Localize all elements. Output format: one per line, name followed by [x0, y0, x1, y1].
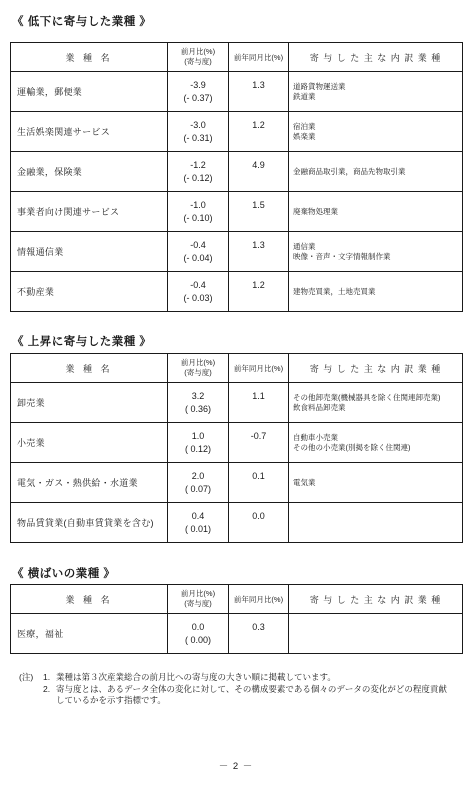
- table-row: 不動産業 -0.4 (- 0.03) 1.2 建物売買業，土地売買業: [11, 272, 463, 312]
- contribution-value: ( 0.07): [168, 483, 228, 496]
- table-row: 生活娯楽関連サービス -3.0 (- 0.31) 1.2 宿泊業 娯楽業: [11, 112, 463, 152]
- mom-cell: 3.2 ( 0.36): [168, 383, 229, 423]
- note-label: (注): [19, 672, 43, 684]
- contribution-value: (- 0.12): [168, 172, 228, 185]
- breakdown-cell: [289, 503, 463, 543]
- contribution-value: (- 0.04): [168, 252, 228, 265]
- breakdown-column-header: 寄 与 し た 主 な 内 訳 業 種: [289, 585, 463, 614]
- mom-header-line2: (寄与度): [168, 57, 228, 67]
- yoy-value: 1.5: [229, 192, 289, 232]
- breakdown-line: 自動車小売業: [293, 433, 462, 443]
- yoy-value: -0.7: [229, 423, 289, 463]
- flat-industries-table: 業 種 名 前月比(%) (寄与度) 前年同月比(%) 寄 与 し た 主 な …: [10, 584, 463, 654]
- industry-name-cell: 運輸業，郵便業: [11, 72, 168, 112]
- industry-name-cell: 医療，福祉: [11, 614, 168, 654]
- yoy-value: 1.3: [229, 72, 289, 112]
- mom-cell: -1.0 (- 0.10): [168, 192, 229, 232]
- contribution-value: ( 0.01): [168, 523, 228, 536]
- rise-industries-table: 業 種 名 前月比(%) (寄与度) 前年同月比(%) 寄 与 し た 主 な …: [10, 353, 463, 543]
- breakdown-cell: [289, 614, 463, 654]
- document-page: 《 低下に寄与した業種 》 業 種 名 前月比(%) (寄与度) 前年同月比(%…: [0, 0, 472, 787]
- industry-column-header: 業 種 名: [11, 585, 168, 614]
- table-header-row: 業 種 名 前月比(%) (寄与度) 前年同月比(%) 寄 与 し た 主 な …: [11, 354, 463, 383]
- yoy-value: 0.3: [229, 614, 289, 654]
- breakdown-line: 建物売買業，土地売買業: [293, 287, 462, 297]
- mom-value: 1.0: [168, 430, 228, 443]
- note-number: 2.: [43, 684, 56, 696]
- section-title-flat: 《 横ばいの業種 》: [12, 565, 115, 581]
- mom-header-line1: 前月比(%): [168, 358, 228, 368]
- mom-column-header: 前月比(%) (寄与度): [168, 43, 229, 72]
- table-header-row: 業 種 名 前月比(%) (寄与度) 前年同月比(%) 寄 与 し た 主 な …: [11, 585, 463, 614]
- contribution-value: (- 0.37): [168, 92, 228, 105]
- yoy-value: 1.2: [229, 112, 289, 152]
- mom-value: -1.0: [168, 199, 228, 212]
- breakdown-line: その他の小売業(別掲を除く住関連): [293, 443, 462, 453]
- table-row: 情報通信業 -0.4 (- 0.04) 1.3 通信業 映像・音声・文字情報制作…: [11, 232, 463, 272]
- breakdown-line: 娯楽業: [293, 132, 462, 142]
- mom-header-line2: (寄与度): [168, 368, 228, 378]
- note-text: しているかを示す指標です。: [56, 695, 459, 707]
- mom-cell: 0.4 ( 0.01): [168, 503, 229, 543]
- mom-cell: -3.9 (- 0.37): [168, 72, 229, 112]
- mom-value: -0.4: [168, 279, 228, 292]
- note-text: 寄与度とは、あるデータ全体の変化に対して、その構成要素である個々のデータの変化が…: [56, 684, 459, 696]
- table-row: 卸売業 3.2 ( 0.36) 1.1 その他卸売業(機械器具を除く住関連卸売業…: [11, 383, 463, 423]
- mom-value: 0.0: [168, 621, 228, 634]
- industry-name-cell: 卸売業: [11, 383, 168, 423]
- mom-cell: -1.2 (- 0.12): [168, 152, 229, 192]
- industry-name-cell: 事業者向け関連サービス: [11, 192, 168, 232]
- contribution-value: ( 0.36): [168, 403, 228, 416]
- breakdown-cell: 建物売買業，土地売買業: [289, 272, 463, 312]
- yoy-value: 4.9: [229, 152, 289, 192]
- section-title-decline: 《 低下に寄与した業種 》: [12, 13, 151, 29]
- breakdown-cell: 自動車小売業 その他の小売業(別掲を除く住関連): [289, 423, 463, 463]
- contribution-value: ( 0.00): [168, 634, 228, 647]
- section-title-rise: 《 上昇に寄与した業種 》: [12, 333, 151, 349]
- breakdown-line: 宿泊業: [293, 122, 462, 132]
- yoy-value: 0.0: [229, 503, 289, 543]
- breakdown-line: 通信業: [293, 242, 462, 252]
- breakdown-cell: 電気業: [289, 463, 463, 503]
- notes: (注) 1. 業種は第３次産業総合の前月比への寄与度の大きい順に掲載しています。…: [19, 672, 459, 707]
- industry-name-cell: 物品賃貸業(自動車賃貸業を含む): [11, 503, 168, 543]
- industry-name-cell: 生活娯楽関連サービス: [11, 112, 168, 152]
- contribution-value: ( 0.12): [168, 443, 228, 456]
- mom-cell: -0.4 (- 0.03): [168, 272, 229, 312]
- yoy-value: 1.1: [229, 383, 289, 423]
- industry-name-cell: 金融業，保険業: [11, 152, 168, 192]
- breakdown-cell: 廃棄物処理業: [289, 192, 463, 232]
- breakdown-line: 電気業: [293, 478, 462, 488]
- contribution-value: (- 0.31): [168, 132, 228, 145]
- industry-name-cell: 小売業: [11, 423, 168, 463]
- table-header-row: 業 種 名 前月比(%) (寄与度) 前年同月比(%) 寄 与 し た 主 な …: [11, 43, 463, 72]
- breakdown-column-header: 寄 与 し た 主 な 内 訳 業 種: [289, 43, 463, 72]
- mom-header-line1: 前月比(%): [168, 589, 228, 599]
- yoy-value: 0.1: [229, 463, 289, 503]
- mom-column-header: 前月比(%) (寄与度): [168, 354, 229, 383]
- mom-cell: -3.0 (- 0.31): [168, 112, 229, 152]
- table-row: 小売業 1.0 ( 0.12) -0.7 自動車小売業 その他の小売業(別掲を除…: [11, 423, 463, 463]
- industry-name-cell: 不動産業: [11, 272, 168, 312]
- breakdown-cell: 金融商品取引業，商品先物取引業: [289, 152, 463, 192]
- breakdown-line: 廃棄物処理業: [293, 207, 462, 217]
- table-row: 事業者向け関連サービス -1.0 (- 0.10) 1.5 廃棄物処理業: [11, 192, 463, 232]
- mom-value: -3.0: [168, 119, 228, 132]
- mom-value: -3.9: [168, 79, 228, 92]
- table-row: 金融業，保険業 -1.2 (- 0.12) 4.9 金融商品取引業，商品先物取引…: [11, 152, 463, 192]
- mom-value: -0.4: [168, 239, 228, 252]
- mom-cell: 1.0 ( 0.12): [168, 423, 229, 463]
- breakdown-line: 金融商品取引業，商品先物取引業: [293, 167, 462, 177]
- mom-cell: 2.0 ( 0.07): [168, 463, 229, 503]
- industry-name-cell: 電気・ガス・熱供給・水道業: [11, 463, 168, 503]
- table-row: 電気・ガス・熱供給・水道業 2.0 ( 0.07) 0.1 電気業: [11, 463, 463, 503]
- yoy-column-header: 前年同月比(%): [229, 585, 289, 614]
- breakdown-cell: 道路貨物運送業 鉄道業: [289, 72, 463, 112]
- decline-industries-table: 業 種 名 前月比(%) (寄与度) 前年同月比(%) 寄 与 し た 主 な …: [10, 42, 463, 312]
- contribution-value: (- 0.10): [168, 212, 228, 225]
- industry-column-header: 業 種 名: [11, 354, 168, 383]
- mom-value: 3.2: [168, 390, 228, 403]
- table-row: 物品賃貸業(自動車賃貸業を含む) 0.4 ( 0.01) 0.0: [11, 503, 463, 543]
- table-row: 医療，福祉 0.0 ( 0.00) 0.3: [11, 614, 463, 654]
- mom-column-header: 前月比(%) (寄与度): [168, 585, 229, 614]
- note-text: 業種は第３次産業総合の前月比への寄与度の大きい順に掲載しています。: [56, 672, 459, 684]
- breakdown-cell: 通信業 映像・音声・文字情報制作業: [289, 232, 463, 272]
- industry-column-header: 業 種 名: [11, 43, 168, 72]
- breakdown-line: 映像・音声・文字情報制作業: [293, 252, 462, 262]
- breakdown-line: 飲食料品卸売業: [293, 403, 462, 413]
- mom-header-line2: (寄与度): [168, 599, 228, 609]
- mom-value: 0.4: [168, 510, 228, 523]
- yoy-column-header: 前年同月比(%): [229, 354, 289, 383]
- breakdown-cell: その他卸売業(機械器具を除く住関連卸売業) 飲食料品卸売業: [289, 383, 463, 423]
- industry-name-cell: 情報通信業: [11, 232, 168, 272]
- note-number: 1.: [43, 672, 56, 684]
- mom-cell: -0.4 (- 0.04): [168, 232, 229, 272]
- breakdown-line: 鉄道業: [293, 92, 462, 102]
- table-row: 運輸業，郵便業 -3.9 (- 0.37) 1.3 道路貨物運送業 鉄道業: [11, 72, 463, 112]
- yoy-column-header: 前年同月比(%): [229, 43, 289, 72]
- breakdown-line: 道路貨物運送業: [293, 82, 462, 92]
- mom-cell: 0.0 ( 0.00): [168, 614, 229, 654]
- breakdown-column-header: 寄 与 し た 主 な 内 訳 業 種: [289, 354, 463, 383]
- contribution-value: (- 0.03): [168, 292, 228, 305]
- page-number: － 2 －: [0, 758, 472, 772]
- mom-header-line1: 前月比(%): [168, 47, 228, 57]
- yoy-value: 1.2: [229, 272, 289, 312]
- mom-value: -1.2: [168, 159, 228, 172]
- yoy-value: 1.3: [229, 232, 289, 272]
- breakdown-cell: 宿泊業 娯楽業: [289, 112, 463, 152]
- mom-value: 2.0: [168, 470, 228, 483]
- breakdown-line: その他卸売業(機械器具を除く住関連卸売業): [293, 393, 462, 403]
